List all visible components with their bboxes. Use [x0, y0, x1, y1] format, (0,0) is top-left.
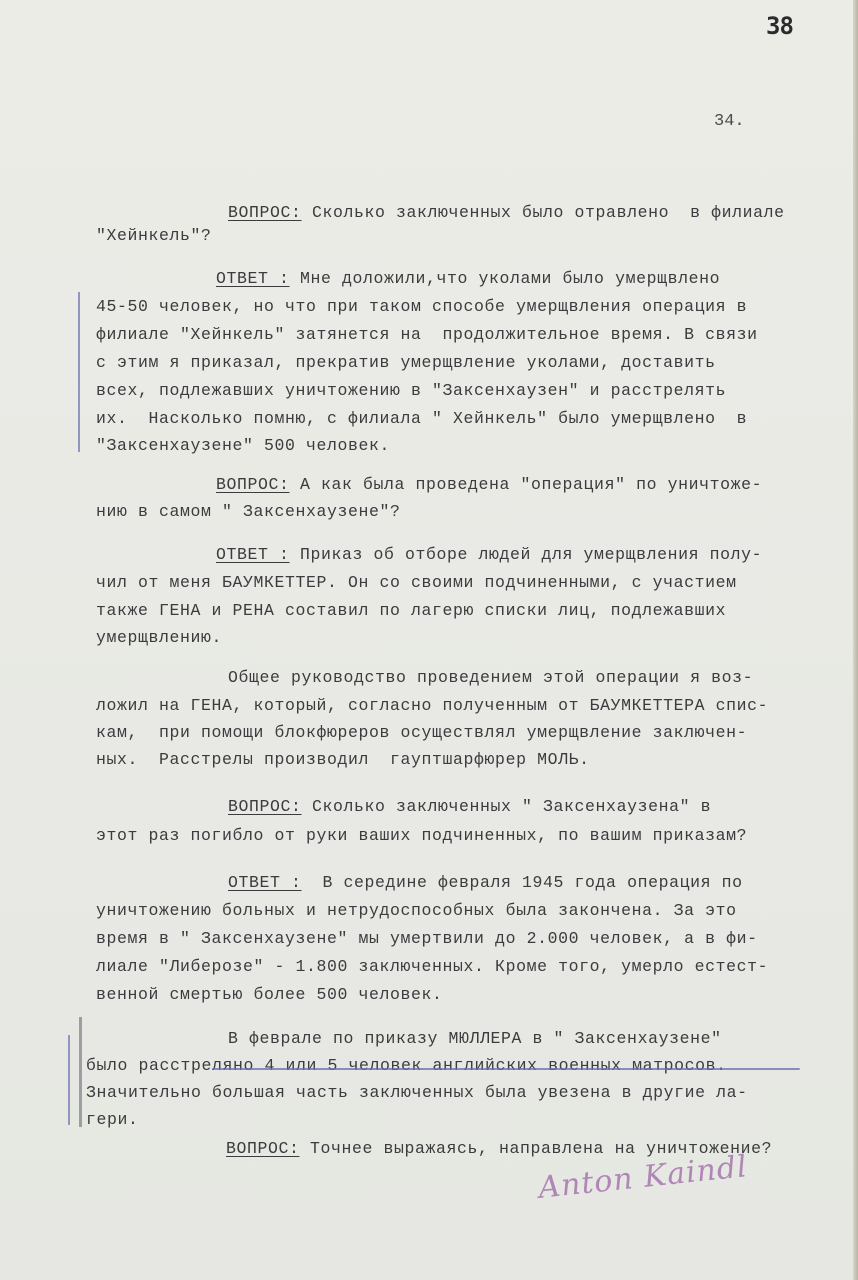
question-label: ВОПРОС:: [228, 797, 302, 816]
dialogue-line-labeled: ВОПРОС: А как была проведена "операция" …: [216, 475, 762, 494]
line-text: их. Насколько помню, с филиала " Хейнкел…: [96, 409, 747, 428]
answer-label: ОТВЕТ :: [228, 873, 302, 892]
text-line: "Заксенхаузене" 500 человек.: [96, 436, 390, 455]
line-text: уничтожению больных и нетрудоспособных б…: [96, 901, 737, 920]
margin-pen-mark: [68, 1035, 70, 1125]
text-line: время в " Заксенхаузене" мы умертвили до…: [96, 929, 758, 948]
text-line: В феврале по приказу МЮЛЛЕРА в " Заксенх…: [228, 1029, 722, 1048]
line-text: ложил на ГЕНА, который, согласно получен…: [96, 696, 768, 715]
line-text: Приказ об отборе людей для умерщвления п…: [290, 545, 763, 564]
pen-underline: [212, 1068, 800, 1070]
line-text: чил от меня БАУМКЕТТЕР. Он со своими под…: [96, 573, 737, 592]
line-text: умерщвлению.: [96, 628, 222, 647]
dialogue-line-labeled: ОТВЕТ : Мне доложили,что уколами было ум…: [216, 269, 720, 288]
line-text: филиале "Хейнкель" затянется на продолжи…: [96, 325, 758, 344]
line-text: Сколько заключенных " Заксенхаузена" в: [302, 797, 712, 816]
line-text: гери.: [86, 1110, 139, 1129]
line-text: Сколько заключенных было отравлено в фил…: [302, 203, 785, 222]
line-text: Общее руководство проведением этой опера…: [228, 668, 753, 687]
text-line: также ГЕНА и РЕНА составил по лагерю спи…: [96, 601, 726, 620]
line-text: Значительно большая часть заключенных бы…: [86, 1083, 748, 1102]
text-line: всех, подлежавших уничтожению в "Заксенх…: [96, 381, 726, 400]
answer-label: ОТВЕТ :: [216, 269, 290, 288]
text-line: лиале "Либерозе" - 1.800 заключенных. Кр…: [96, 957, 768, 976]
text-line: с этим я приказал, прекратив умерщвление…: [96, 353, 716, 372]
question-label: ВОПРОС:: [226, 1139, 300, 1158]
archive-page-number: 38: [766, 12, 793, 40]
text-line: филиале "Хейнкель" затянется на продолжи…: [96, 325, 758, 344]
dialogue-line-labeled: ОТВЕТ : Приказ об отборе людей для умерщ…: [216, 545, 762, 564]
text-line: гери.: [86, 1110, 139, 1129]
question-label: ВОПРОС:: [228, 203, 302, 222]
dialogue-line-labeled: ВОПРОС: Сколько заключенных было отравле…: [228, 203, 785, 222]
line-text: "Хейнкель"?: [96, 226, 212, 245]
text-line: 45-50 человек, но что при таком способе …: [96, 297, 747, 316]
margin-bracket-mark: [79, 1017, 82, 1127]
margin-pen-mark: [78, 292, 80, 452]
text-line: этот раз погибло от руки ваших подчиненн…: [96, 826, 747, 845]
dialogue-line-labeled: ОТВЕТ : В середине февраля 1945 года опе…: [228, 873, 743, 892]
text-line: чил от меня БАУМКЕТТЕР. Он со своими под…: [96, 573, 737, 592]
text-line: кам, при помощи блокфюреров осуществлял …: [96, 723, 747, 742]
line-text: нию в самом " Заксенхаузене"?: [96, 502, 401, 521]
document-page: 38 34. ВОПРОС: Сколько заключенных было …: [0, 0, 858, 1280]
line-text: ных. Расстрелы производил гауптшарфюрер …: [96, 750, 590, 769]
line-text: В феврале по приказу МЮЛЛЕРА в " Заксенх…: [228, 1029, 722, 1048]
text-line: было расстреляно 4 или 5 человек английс…: [86, 1056, 727, 1075]
line-text: В середине февраля 1945 года операция по: [302, 873, 743, 892]
line-text: время в " Заксенхаузене" мы умертвили до…: [96, 929, 758, 948]
text-line: ложил на ГЕНА, который, согласно получен…: [96, 696, 768, 715]
line-text: "Заксенхаузене" 500 человек.: [96, 436, 390, 455]
dialogue-line-labeled: ВОПРОС: Сколько заключенных " Заксенхауз…: [228, 797, 711, 816]
line-text: было расстреляно 4 или 5 человек английс…: [86, 1056, 727, 1075]
text-line: ных. Расстрелы производил гауптшарфюрер …: [96, 750, 590, 769]
page-edge: [853, 0, 858, 1280]
answer-label: ОТВЕТ :: [216, 545, 290, 564]
text-line: нию в самом " Заксенхаузене"?: [96, 502, 401, 521]
line-text: этот раз погибло от руки ваших подчиненн…: [96, 826, 747, 845]
line-text: также ГЕНА и РЕНА составил по лагерю спи…: [96, 601, 726, 620]
text-line: уничтожению больных и нетрудоспособных б…: [96, 901, 737, 920]
text-line: "Хейнкель"?: [96, 226, 212, 245]
line-text: всех, подлежавших уничтожению в "Заксенх…: [96, 381, 726, 400]
line-text: Мне доложили,что уколами было умерщвлено: [290, 269, 721, 288]
text-line: Общее руководство проведением этой опера…: [228, 668, 753, 687]
text-line: умерщвлению.: [96, 628, 222, 647]
question-label: ВОПРОС:: [216, 475, 290, 494]
line-text: венной смертью более 500 человек.: [96, 985, 443, 1004]
line-text: 45-50 человек, но что при таком способе …: [96, 297, 747, 316]
line-text: с этим я приказал, прекратив умерщвление…: [96, 353, 716, 372]
line-text: кам, при помощи блокфюреров осуществлял …: [96, 723, 747, 742]
text-line: венной смертью более 500 человек.: [96, 985, 443, 1004]
text-line: их. Насколько помню, с филиала " Хейнкел…: [96, 409, 747, 428]
text-line: Значительно большая часть заключенных бы…: [86, 1083, 748, 1102]
line-text: А как была проведена "операция" по уничт…: [290, 475, 763, 494]
line-text: лиале "Либерозе" - 1.800 заключенных. Кр…: [96, 957, 768, 976]
page-number: 34.: [714, 112, 745, 131]
